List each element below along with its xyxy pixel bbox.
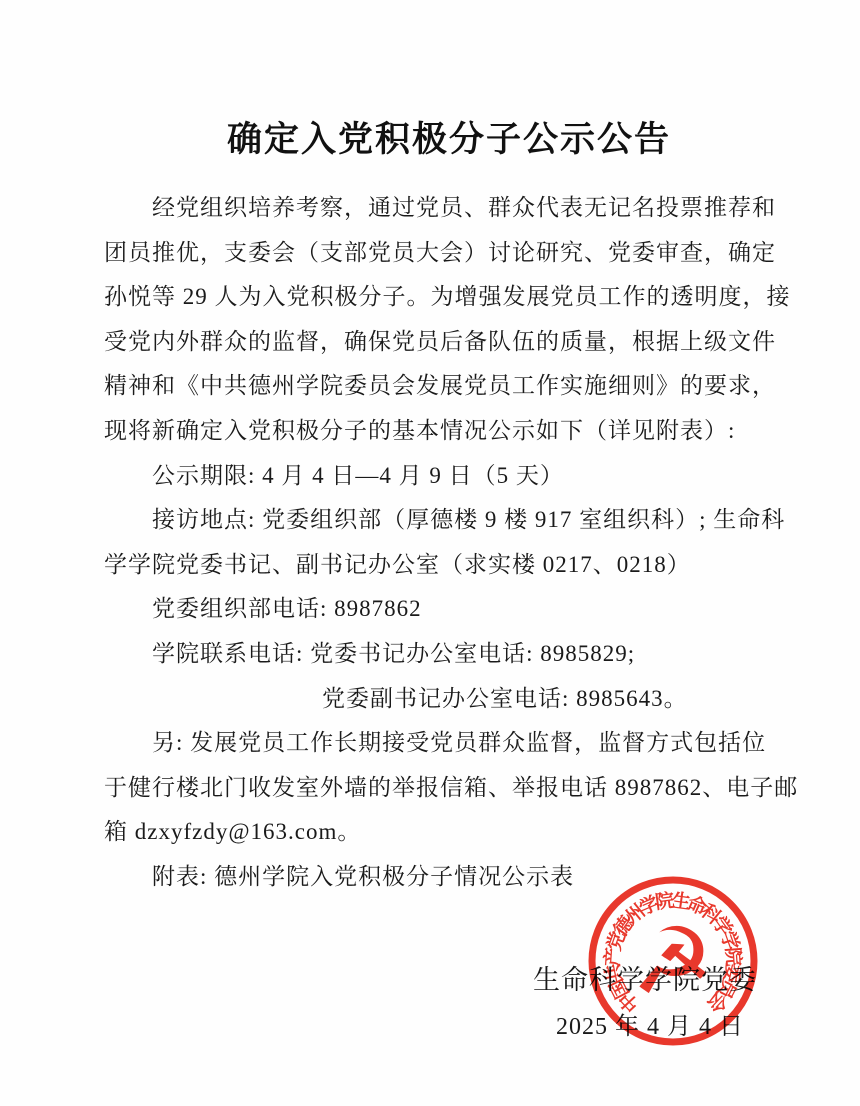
svg-text:党: 党 [602, 928, 630, 954]
body-line: 学学院党委书记、副书记办公室（求实楼 0217、0218） [104, 543, 804, 588]
seal-ring-text: 中国共产党德州学院生命科学学院委员会 [601, 888, 746, 1017]
svg-text:学: 学 [716, 928, 744, 954]
body-line-visit-location: 接访地点: 党委组织部（厚德楼 9 楼 917 室组织科）; 生命科 [104, 498, 804, 543]
body-line-supervision: 另: 发展党员工作长期接受党员群众监督，监督方式包括位 [104, 721, 804, 766]
svg-text:科: 科 [697, 899, 727, 929]
body-line: 团员推优，支委会（支部党员大会）讨论研究、党委审查，确定 [104, 231, 804, 276]
body-line: 经党组织培养考察，通过党员、群众代表无记名投票推荐和 [104, 186, 804, 231]
body-line: 精神和《中共德州学院委员会发展党员工作实施细则》的要求， [104, 364, 804, 409]
body-line-attachment: 附表: 德州学院入党积极分子情况公示表 [104, 855, 804, 900]
document-page: 确定入党积极分子公示公告 经党组织培养考察，通过党员、群众代表无记名投票推荐和 … [0, 0, 860, 1106]
body-line: 于健行楼北门收发室外墙的举报信箱、举报电话 8987862、电子邮 [104, 766, 804, 811]
svg-text:学: 学 [708, 912, 738, 941]
body-line: 孙悦等 29 人为入党积极分子。为增强发展党员工作的透明度，接 [104, 275, 804, 320]
body-line-publicity-period: 公示期限: 4 月 4 日—4 月 9 日（5 天） [104, 454, 804, 499]
body-line: 现将新确定入党积极分子的基本情况公示如下（详见附表）: [104, 409, 804, 454]
body-line-email: 箱 dzxyfzdy@163.com。 [104, 810, 804, 855]
body-line-org-phone: 党委组织部电话: 8987862 [104, 587, 804, 632]
body-line: 受党内外群众的监督，确保党员后备队伍的质量，根据上级文件 [104, 320, 804, 365]
document-body: 经党组织培养考察，通过党员、群众代表无记名投票推荐和 团员推优，支委会（支部党员… [104, 186, 804, 900]
svg-text:州: 州 [621, 900, 650, 929]
body-line-college-phone: 学院联系电话: 党委书记办公室电话: 8985829; [104, 632, 804, 677]
body-line-deputy-phone: 党委副书记办公室电话: 8985643。 [104, 677, 804, 722]
signature: 生命科学学院党委 [533, 958, 757, 997]
svg-text:德: 德 [609, 911, 639, 941]
page-title: 确定入党积极分子公示公告 [104, 112, 794, 162]
document-date: 2025 年 4 月 4 日 [556, 1006, 744, 1041]
